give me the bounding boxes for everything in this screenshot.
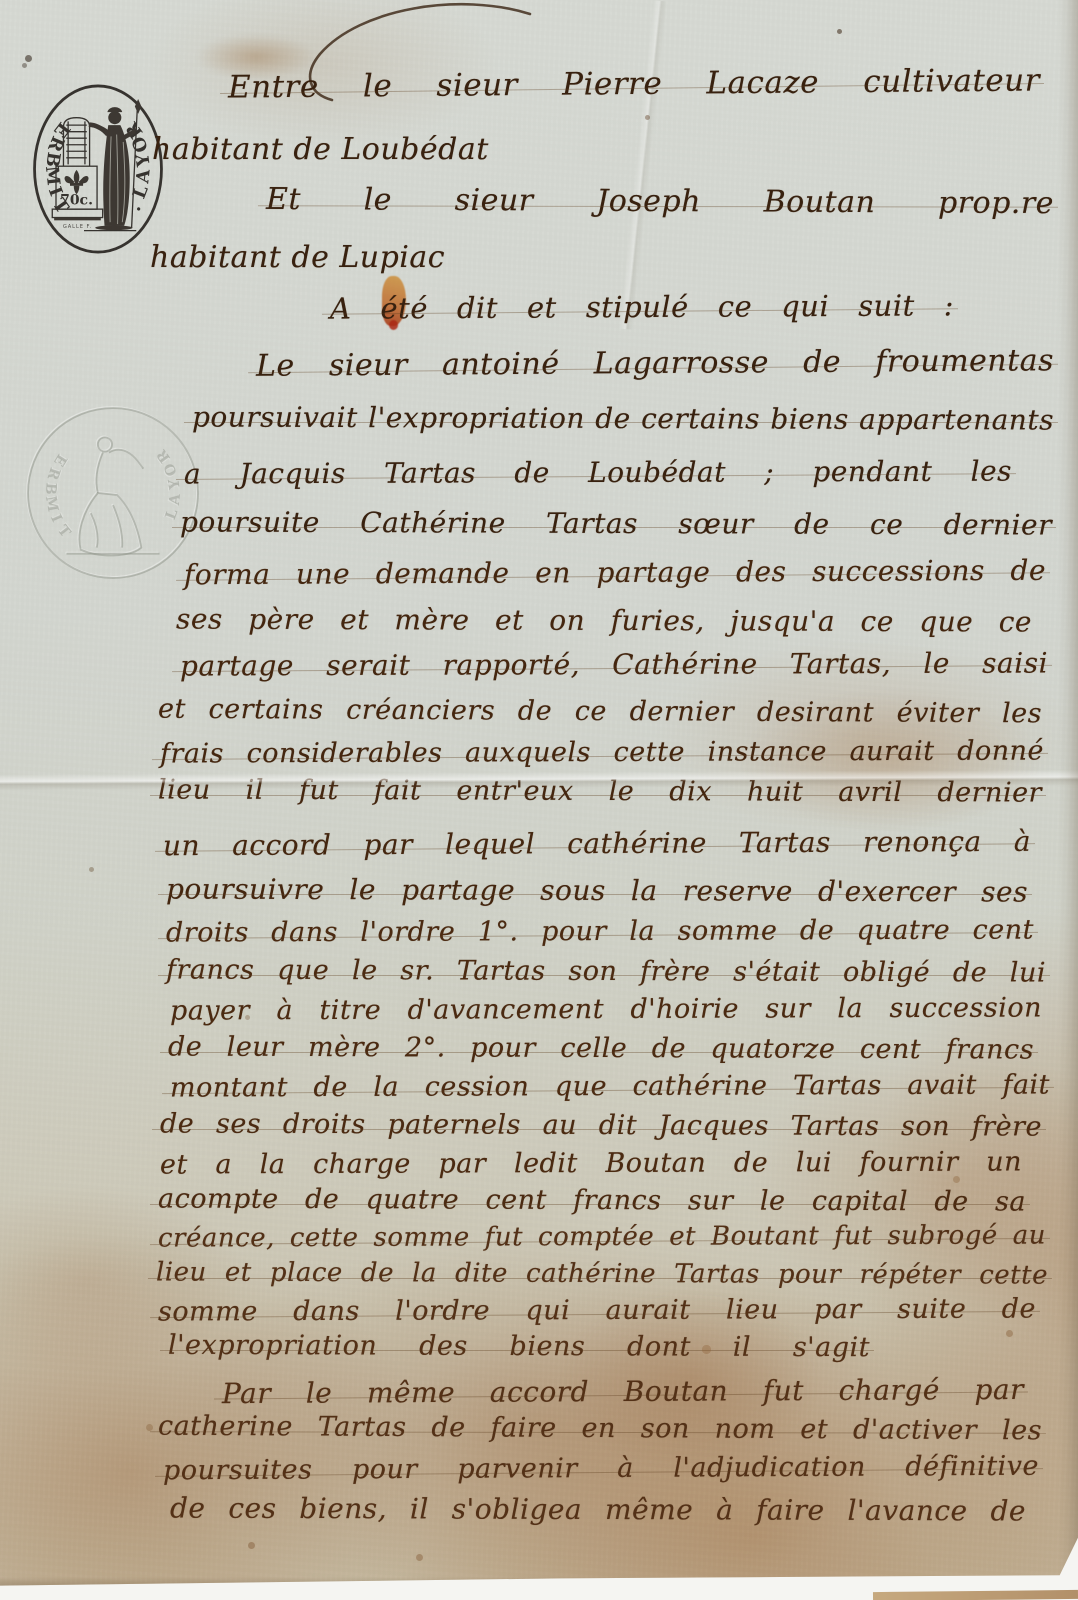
manuscript-line: l'expropriation des biens dont il s'agit xyxy=(168,1330,870,1365)
svg-text:R: R xyxy=(154,446,174,465)
manuscript-line: poursuite Cathérine Tartas sœur de ce de… xyxy=(180,505,1052,542)
seal-text-left: TIMBRE xyxy=(42,451,73,541)
svg-text:M: M xyxy=(42,495,60,513)
manuscript-line: un accord par lequel cathérine Tartas re… xyxy=(163,825,1031,863)
manuscript-line: ses père et mère et on furies, jusqu'a c… xyxy=(176,603,1032,640)
manuscript-line: payer à titre d'avancement d'hoirie sur … xyxy=(170,992,1042,1027)
manuscript-line: droits dans l'ordre 1°. pour la somme de… xyxy=(166,914,1034,949)
manuscript-line: créance, cette somme fut comptée et Bout… xyxy=(158,1220,1046,1254)
manuscript-line: et certains créanciers de ce dernier des… xyxy=(158,694,1042,731)
paper-bottom-edge-shadow xyxy=(0,1574,1078,1588)
manuscript-line: poursuivre le partage sous la reserve d'… xyxy=(166,872,1028,909)
manuscript-line: somme dans l'ordre qui aurait lieu par s… xyxy=(158,1293,1036,1328)
manuscript-line: poursuites pour parvenir à l'adjudicatio… xyxy=(163,1451,1039,1488)
manuscript-line: de leur mère 2°. pour celle de quatorze … xyxy=(168,1031,1034,1066)
manuscript-line: francs que le sr. Tartas son frère s'éta… xyxy=(166,954,1046,989)
paper-right-edge-shadow xyxy=(1058,0,1078,1600)
manuscript-line: Le sieur antoiné Lagarrosse de froumenta… xyxy=(256,343,1054,385)
manuscript-line: catherine Tartas de faire en son nom et … xyxy=(158,1411,1042,1448)
svg-text:L: L xyxy=(163,507,181,522)
svg-text:T: T xyxy=(54,523,73,542)
manuscript-line: partage serait rapporté, Cathérine Tarta… xyxy=(180,646,1048,683)
manuscript-line: Entre le sieur Pierre Lacaze cultivateur xyxy=(228,62,1040,106)
manuscript-line: Et le sieur Joseph Boutan prop.re xyxy=(266,182,1054,222)
manuscript-line: forma une demande en partage des success… xyxy=(184,554,1046,592)
stamp-value: 70c. xyxy=(60,192,93,208)
timbre-royal-stamp: TIMBRE ROYAL. 70c. GALL xyxy=(28,76,168,262)
document-page: TIMBRE ROYAL. 70c. GALL xyxy=(0,0,1078,1600)
manuscript-line: acompte de quatre cent francs sur le cap… xyxy=(158,1183,1026,1218)
manuscript-line: lieu et place de la dite cathérine Tarta… xyxy=(156,1257,1048,1291)
manuscript-line: habitant de Loubédat xyxy=(152,132,489,168)
manuscript-line: Par le même accord Boutan fut chargé par xyxy=(222,1373,1024,1411)
manuscript-line: montant de la cession que cathérine Tart… xyxy=(170,1069,1050,1104)
svg-text:R: R xyxy=(44,466,63,482)
manuscript-line: et a la charge par ledit Boutan de lui f… xyxy=(160,1146,1022,1181)
underlying-page-corner xyxy=(873,1590,1078,1600)
manuscript-line: habitant de Lupiac xyxy=(150,240,445,276)
embossed-dry-seal: TIMBRE ROYAL xyxy=(24,404,202,582)
manuscript-line: a Jacquis Tartas de Loubédat ; pendant l… xyxy=(184,455,1012,491)
fleur-de-lis-icon xyxy=(65,170,89,194)
foxing-specks xyxy=(0,0,3,3)
svg-text:E: E xyxy=(50,451,69,469)
seal-seated-figure xyxy=(66,437,159,555)
manuscript-line: A été dit et stipulé ce qui suit : xyxy=(330,288,954,326)
manuscript-line: de ces biens, il s'obligea même à faire … xyxy=(170,1492,1026,1529)
svg-text:I: I xyxy=(47,512,64,525)
svg-text:A: A xyxy=(132,168,155,185)
manuscript-line: de ses droits paternels au dit Jacques T… xyxy=(160,1108,1042,1143)
scanned-document: TIMBRE ROYAL. 70c. GALL xyxy=(0,0,1078,1600)
manuscript-line: frais considerables auxquels cette insta… xyxy=(160,735,1044,770)
manuscript-line: poursuivait l'expropriation de certains … xyxy=(192,400,1054,437)
stamp-engraver: GALLE F. xyxy=(63,224,92,230)
svg-text:B: B xyxy=(42,482,59,495)
